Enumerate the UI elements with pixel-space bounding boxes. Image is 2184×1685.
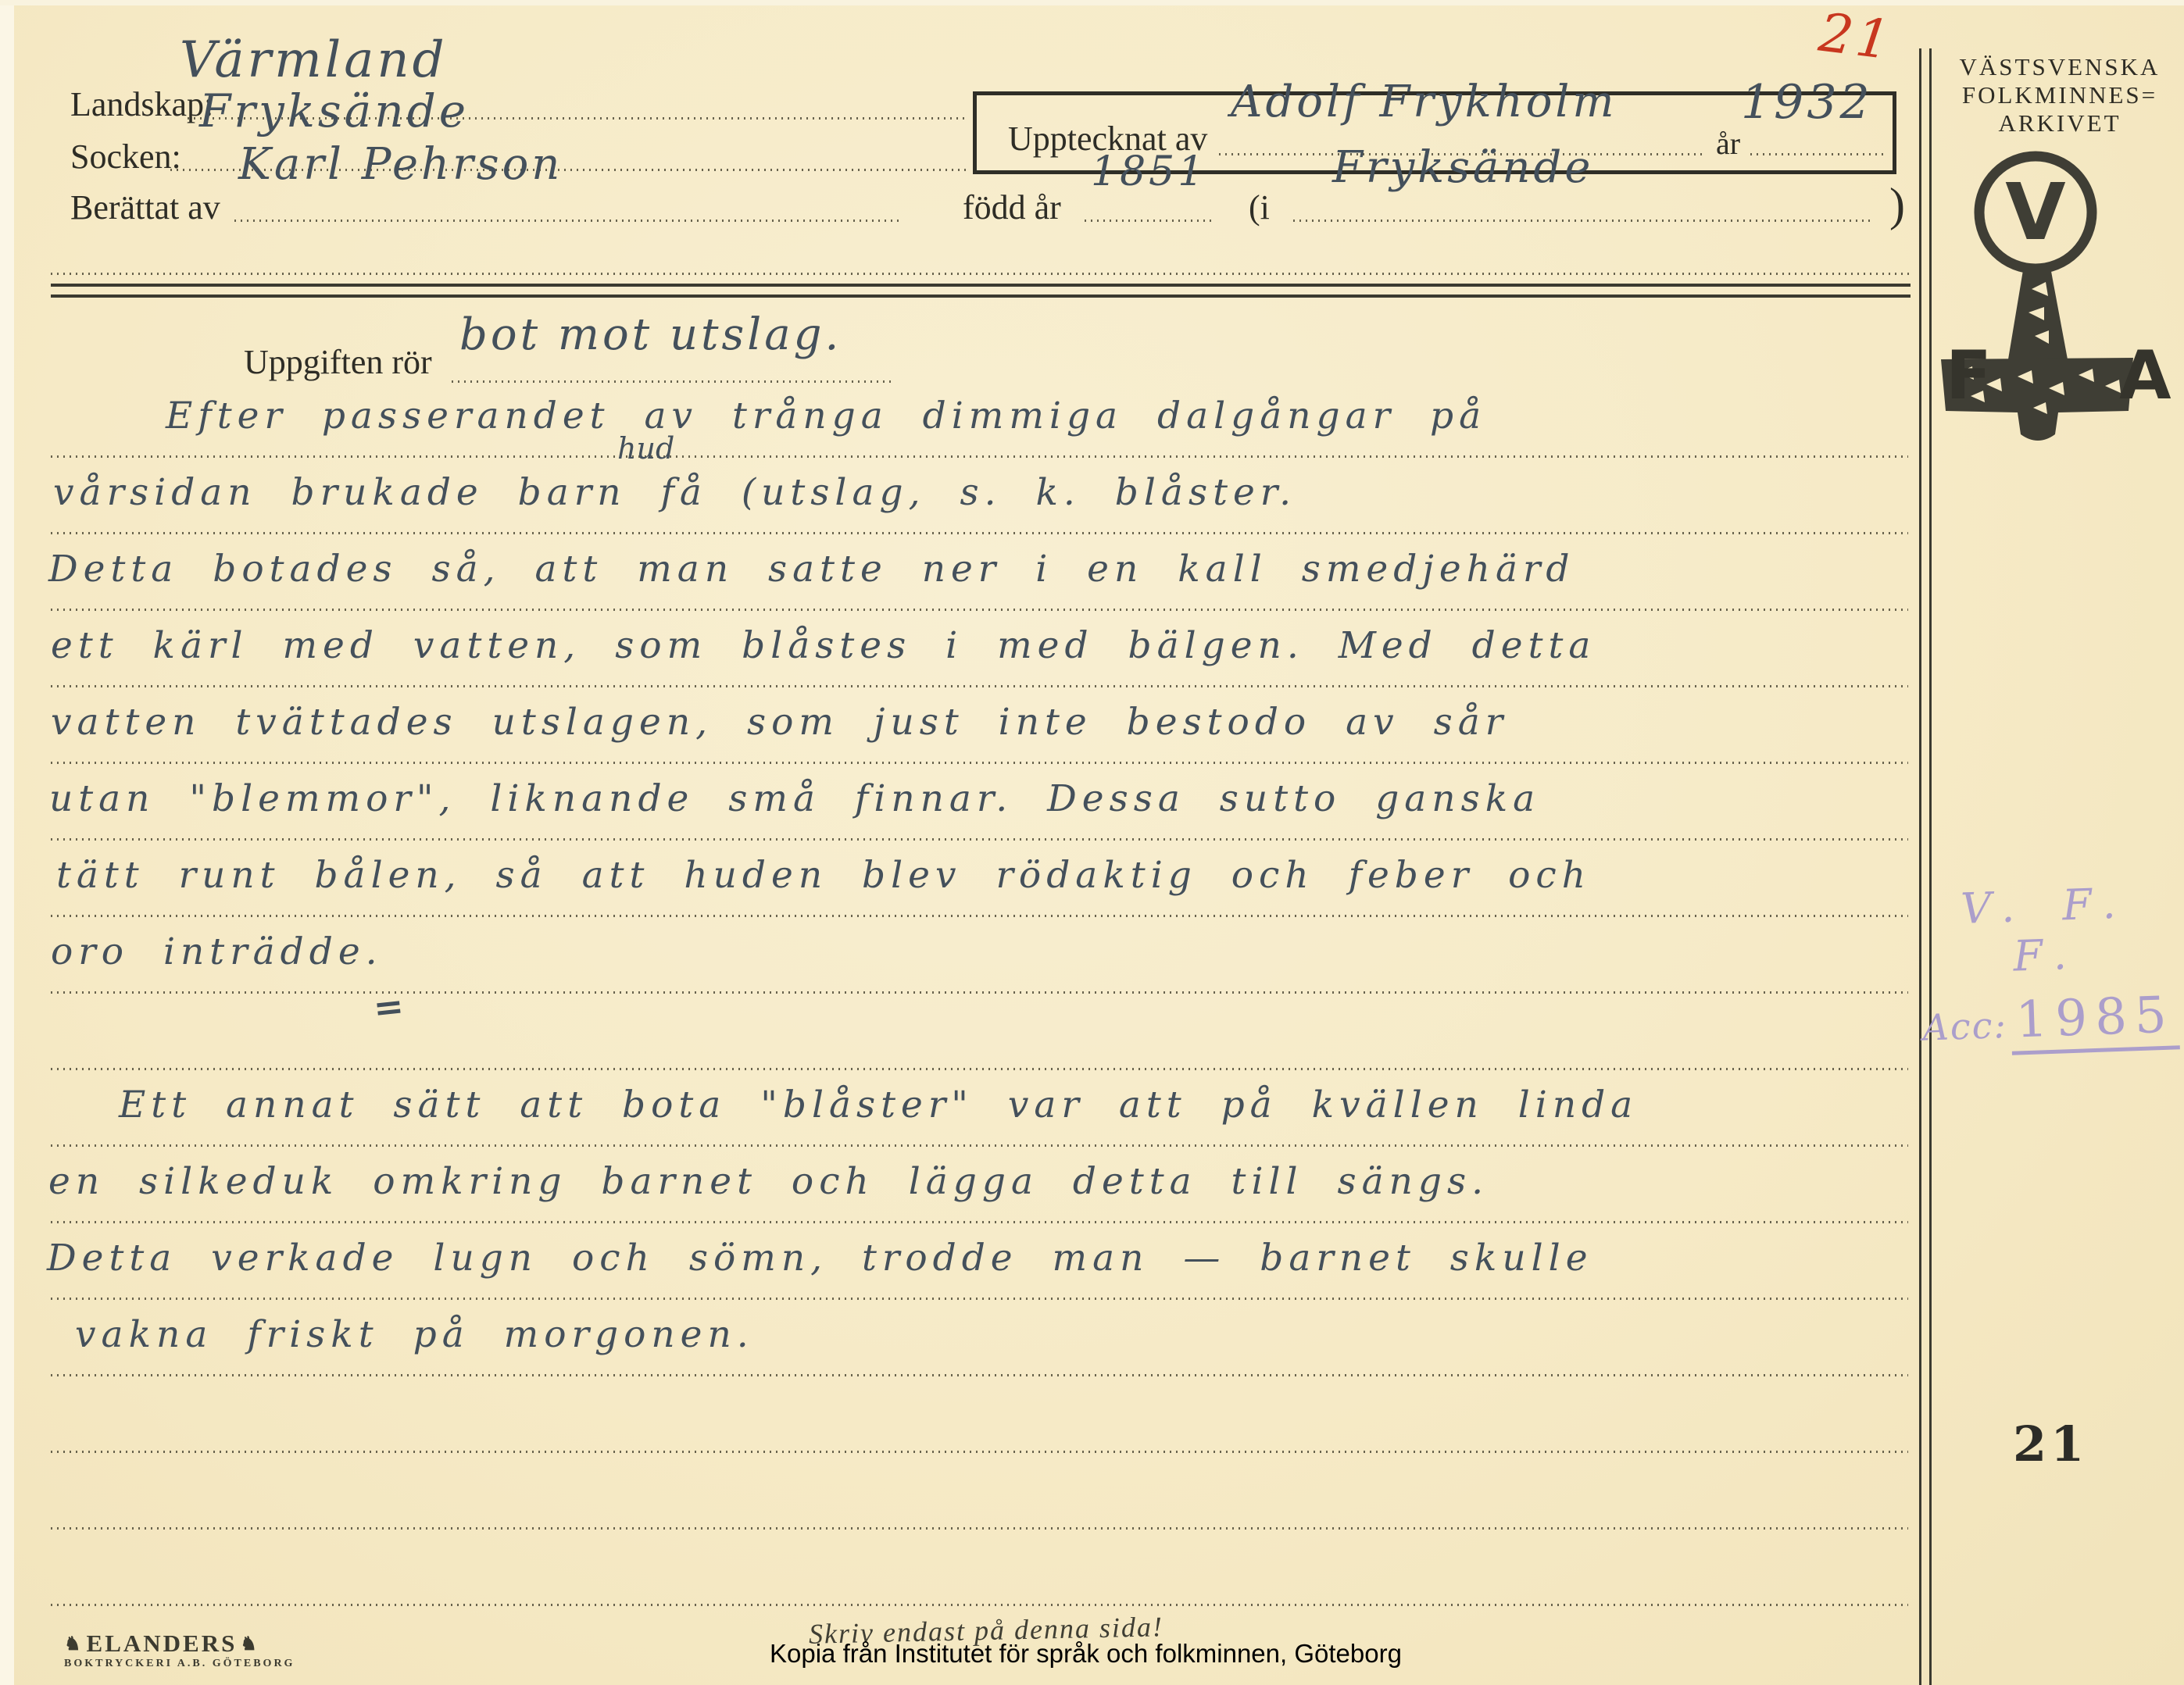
handwritten-line: Efter passerandet av trånga dimmiga dalg… — [166, 394, 1486, 437]
paren-close-label: ) — [1889, 178, 1905, 232]
ruled-line — [51, 532, 1908, 534]
ar-value-handwriting: 1932 — [1741, 75, 1873, 130]
berattat-value-handwriting: Karl Pehrson — [238, 139, 563, 190]
stamp-vff-text: V. F. F. — [1910, 876, 2184, 984]
handwritten-line: Detta verkade lugn och sömn, trodde man … — [47, 1237, 1593, 1280]
archive-name-line2: FOLKMINNES= — [1936, 81, 2183, 109]
logo-letter-a: A — [2119, 337, 2171, 415]
red-folio-number: 21 — [1816, 2, 1896, 73]
archive-name-line1: VÄSTSVENSKA — [1936, 53, 2183, 81]
paren-open-label: (i — [1249, 187, 1270, 227]
ruled-line — [51, 1221, 1908, 1223]
fodd-label: född år — [963, 187, 1061, 227]
socken-label: Socken: — [70, 137, 181, 177]
header-dotted-rule — [51, 273, 1909, 275]
handwritten-line: en silkeduk omkring barnet och lägga det… — [48, 1160, 1489, 1203]
ar-dotted-line — [1750, 153, 1885, 155]
ruled-line — [51, 1527, 1908, 1530]
stamp-acc-label: Acc: — [1922, 1004, 2008, 1049]
ruled-line — [51, 685, 1908, 687]
ruled-line — [51, 991, 1908, 994]
lion-icon: ♞ — [240, 1633, 259, 1655]
ruled-line — [51, 1298, 1908, 1300]
berattat-dotted-line — [234, 220, 903, 222]
archive-name-line3: ARKIVET — [1936, 109, 2183, 137]
ruled-line — [51, 1451, 1908, 1453]
socken-value-handwriting: Fryksände — [199, 84, 469, 137]
handwritten-line: vårsidan brukade barn få (utslag, s. k. … — [53, 471, 1296, 514]
upptecknat-value-handwriting: Adolf Frykholm — [1231, 77, 1617, 127]
ruled-line — [51, 915, 1908, 917]
lion-icon: ♞ — [64, 1633, 84, 1655]
handwritten-end-mark: = — [371, 984, 406, 1030]
fodd-value-handwriting: 1851 — [1091, 148, 1206, 195]
subject-label: Uppgiften rör — [244, 342, 432, 382]
berattat-label: Berättat av — [70, 187, 220, 227]
scan-edge-left — [0, 0, 14, 1685]
subject-value-handwriting: bot mot utslag. — [459, 309, 842, 360]
ruled-line — [51, 1604, 1908, 1606]
document-page: 21 Landskap: Värmland Socken: Fryksände … — [0, 0, 2184, 1685]
ar-label: år — [1716, 125, 1740, 162]
ruled-line — [51, 838, 1908, 841]
handwritten-line: tätt runt bålen, så att huden blev rödak… — [56, 854, 1591, 897]
logo-letter-f: F — [1946, 337, 1992, 415]
copy-source-caption: Kopia från Institutet för språk och folk… — [770, 1639, 1402, 1669]
stamp-acc-number: 1985 — [2010, 986, 2180, 1055]
vfa-thors-hammer-logo: V F A — [1924, 150, 2184, 478]
fodd-dotted-line — [1085, 220, 1211, 222]
handwritten-line: utan "blemmor", liknande små finnar. Des… — [49, 777, 1540, 820]
printer-name: ELANDERS — [87, 1630, 238, 1658]
logo-letter-v: V — [2005, 166, 2065, 258]
handwritten-line: ett kärl med vatten, som blåstes i med b… — [51, 624, 1596, 667]
ruled-line — [51, 455, 1908, 458]
handwritten-line: oro inträdde. — [51, 930, 383, 973]
printer-mark: ♞ ELANDERS ♞ BOKTRYCKERI A.B. GÖTEBORG — [64, 1630, 295, 1670]
header-double-rule — [51, 284, 1911, 298]
scan-edge-top — [0, 0, 2184, 5]
ruled-line — [51, 762, 1908, 764]
handwritten-insertion: hud — [617, 431, 674, 466]
birthplace-value-handwriting: Fryksände — [1332, 142, 1593, 193]
handwritten-line: vakna friskt på morgonen. — [75, 1313, 754, 1356]
ruled-line — [51, 609, 1908, 611]
handwritten-line: vatten tvättades utslagen, som just inte… — [51, 701, 1508, 744]
ruled-line — [51, 1144, 1908, 1147]
ruled-line — [51, 1068, 1908, 1070]
page-number-stamp: 21 — [2013, 1415, 2088, 1473]
printer-subtitle: BOKTRYCKERI A.B. GÖTEBORG — [64, 1658, 295, 1670]
accession-stamp: V. F. F. Acc: 1985 — [1910, 876, 2184, 1053]
landskap-value-handwriting: Värmland — [180, 31, 448, 89]
subject-dotted-line — [452, 380, 893, 383]
birthplace-dotted-line — [1293, 220, 1873, 222]
handwritten-line: Detta botades så, att man satte ner i en… — [48, 548, 1575, 591]
handwritten-line: Ett annat sätt att bota "blåster" var at… — [119, 1083, 1638, 1126]
ruled-line — [51, 1374, 1908, 1376]
